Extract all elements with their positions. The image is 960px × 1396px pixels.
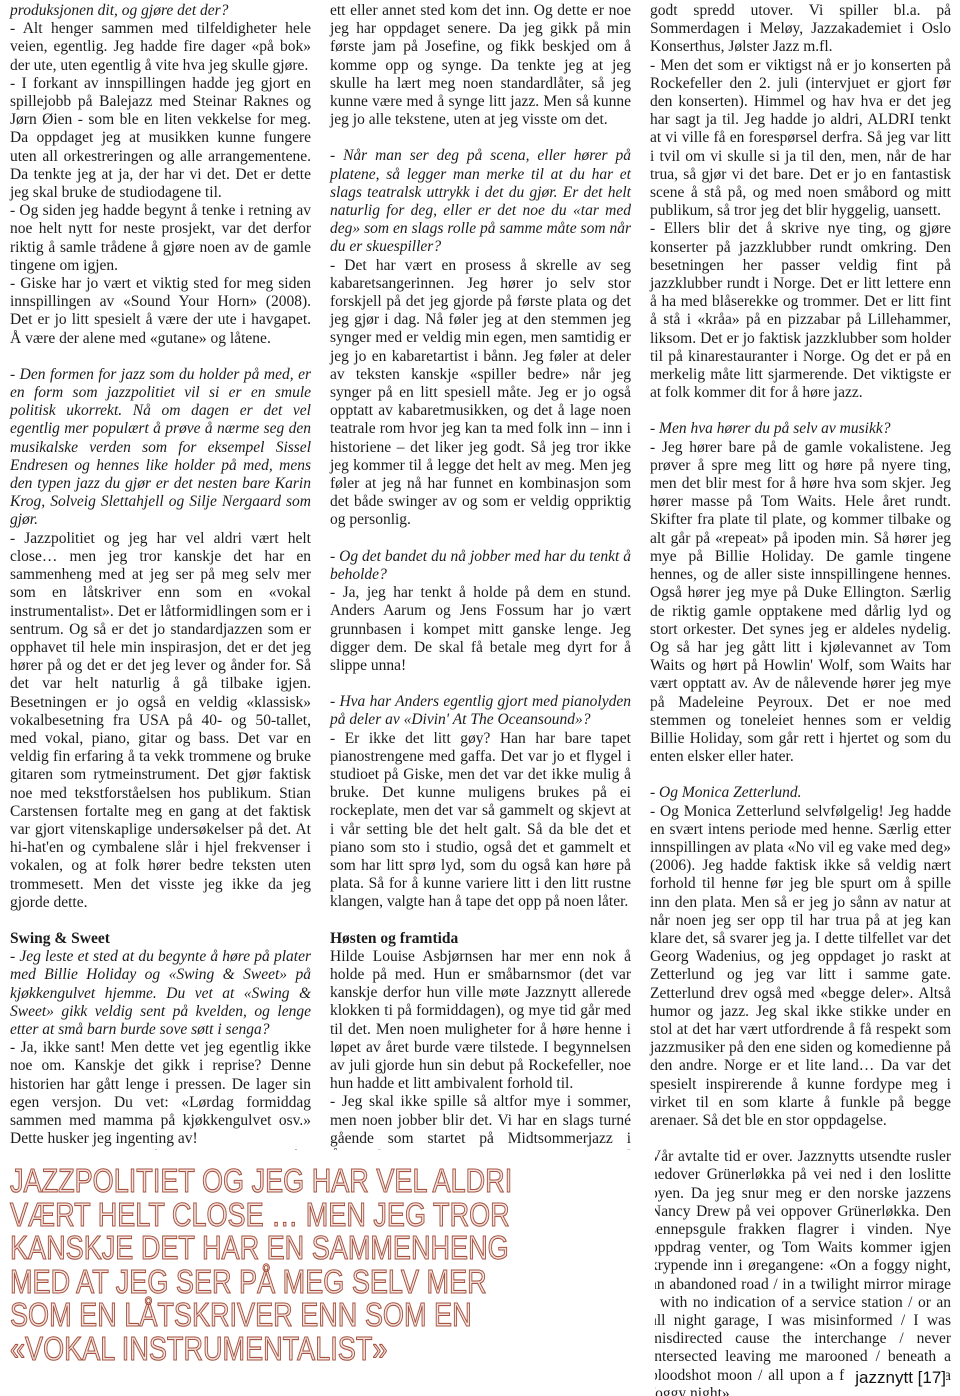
paragraph: - Når man ser deg på scena, eller hører … [330,147,631,256]
page-number: jazznytt [17] [845,1368,946,1388]
paragraph: - Den formen for jazz som du holder på m… [10,366,311,530]
pull-quote: JAZZPOLITIET OG JEG HAR VEL ALDRIVÆRT HE… [10,1150,655,1396]
paragraph: - Og Monica Zetterlund selvfølgelig! Jeg… [650,803,951,1131]
paragraph: - Hva har Anders egentlig gjort med pian… [330,693,631,729]
paragraph: - Men hva hører du på selv av musikk? [650,420,951,438]
section-heading: Swing & Sweet [10,930,311,948]
paragraph: - Og Monica Zetterlund. [650,784,951,802]
pull-quote-line: VÆRT HELT CLOSE … MEN JEG TROR [10,1198,539,1232]
paragraph: - I forkant av innspillingen hadde jeg g… [10,75,311,202]
paragraph: - Er ikke det litt gøy? Han har bare tap… [330,730,631,912]
paragraph: Hilde Louise Asbjørnsen har mer enn nok … [330,948,631,1094]
paragraph: - Men det som er viktigst nå er jo konse… [650,57,951,221]
pull-quote-line: JAZZPOLITIET OG JEG HAR VEL ALDRI [10,1164,539,1198]
section-heading: Høsten og framtida [330,930,631,948]
text-column-3: godt spredd utover. Vi spiller bl.a. på … [650,2,951,1396]
paragraph: godt spredd utover. Vi spiller bl.a. på … [650,2,951,57]
paragraph: Vår avtalte tid er over. Jazznytts utsen… [650,1148,951,1396]
paragraph: - Ellers blir det å skrive nye ting, og … [650,220,951,402]
paragraph: - Og det bandet du nå jobber med har du … [330,548,631,584]
paragraph: produksjonen dit, og gjøre det der? [10,2,311,20]
paragraph: - Det har vært en prosess å skrelle av s… [330,257,631,530]
paragraph: - Ja, ikke sant! Men dette vet jeg egent… [10,1039,311,1148]
paragraph: ett eller annet sted kom det inn. Og det… [330,2,631,129]
paragraph: - Jazzpolitiet og jeg har vel aldri vært… [10,530,311,912]
paragraph: - Alt henger sammen med tilfeldigheter h… [10,20,311,75]
pull-quote-line: MED AT JEG SER PÅ MEG SELV MER [10,1265,539,1299]
paragraph: - Jeg leste et sted at du begynte å høre… [10,948,311,1039]
pull-quote-line: «VOKAL INSTRUMENTALIST» [10,1332,539,1366]
pull-quote-text: JAZZPOLITIET OG JEG HAR VEL ALDRIVÆRT HE… [10,1164,539,1365]
paragraph: - Giske har jo vært et viktig sted for m… [10,275,311,348]
paragraph: - Ja, jeg har tenkt å holde på dem en st… [330,584,631,675]
pull-quote-line: KANSKJE DET HAR EN SAMMENHENG [10,1231,539,1265]
magazine-page: produksjonen dit, og gjøre det der?- Alt… [0,0,960,1396]
pull-quote-line: SOM EN LÅTSKRIVER ENN SOM EN [10,1298,539,1332]
paragraph: - Og siden jeg hadde begynt å tenke i re… [10,202,311,275]
paragraph: - Jeg hører bare på de gamle vokalistene… [650,439,951,767]
